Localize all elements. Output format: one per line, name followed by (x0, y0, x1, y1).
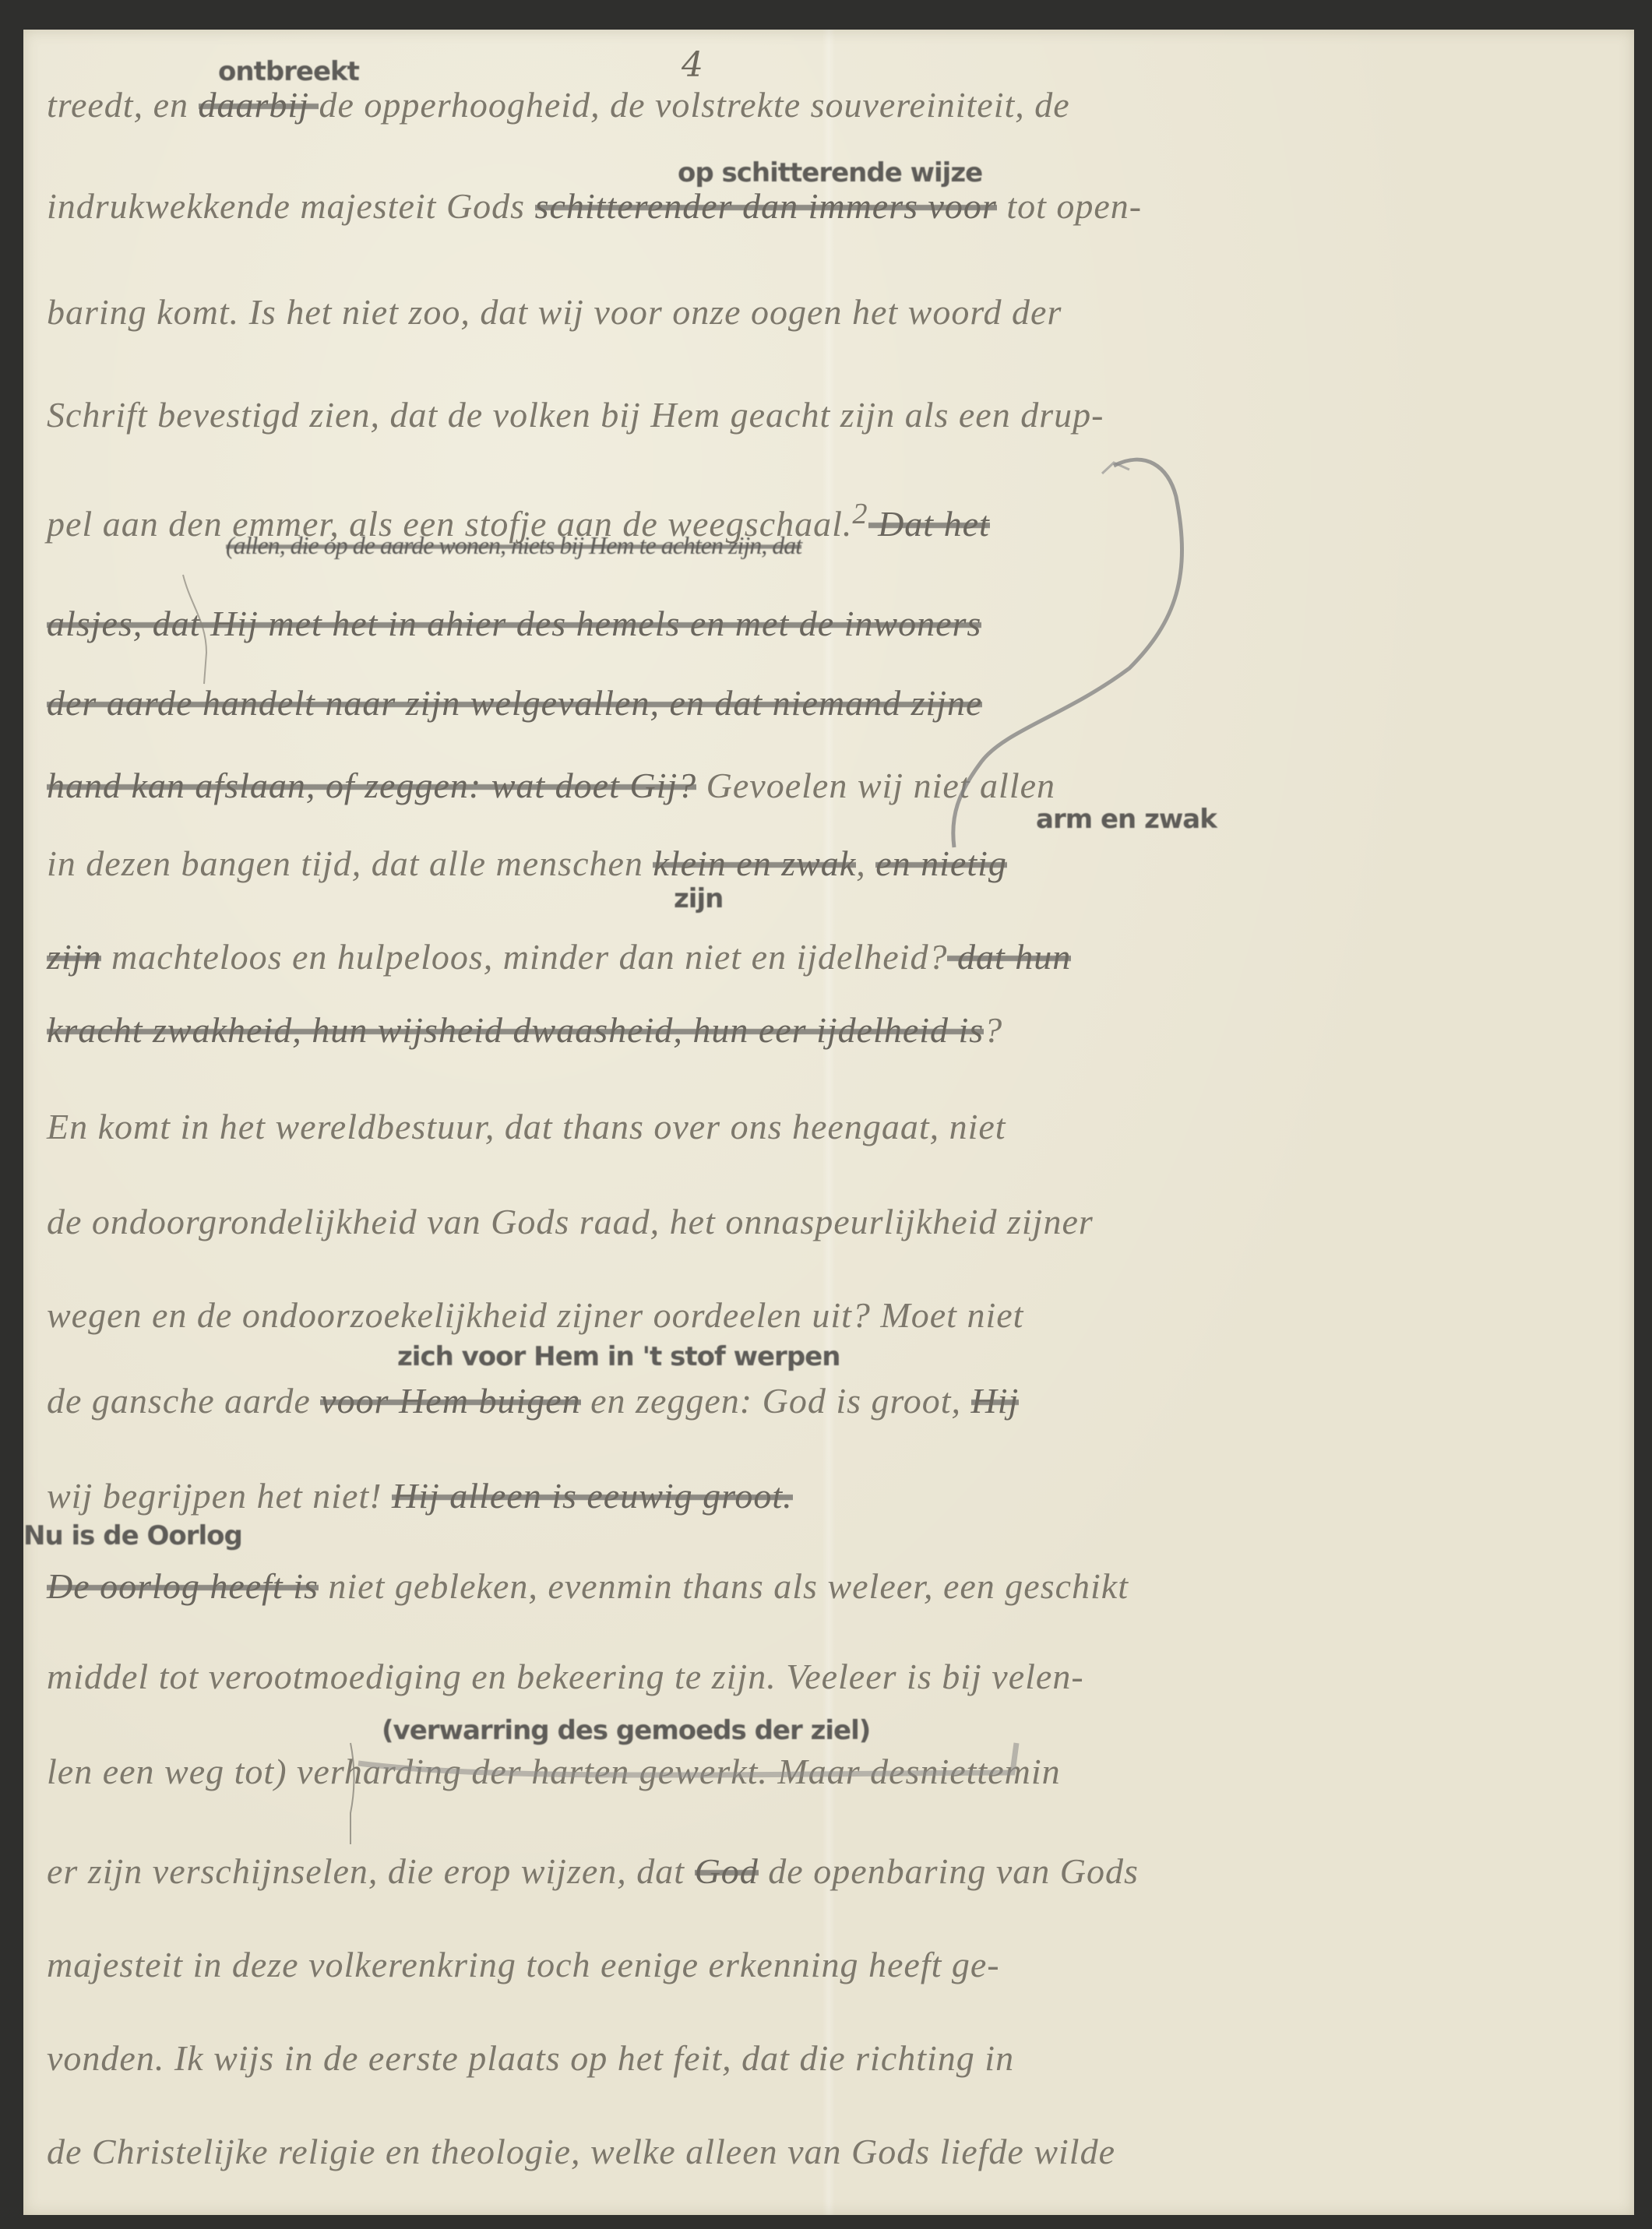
line-text: tot open- (997, 186, 1142, 226)
interlinear-insertion: zijn (674, 883, 723, 914)
line-text: er zijn verschijnselen, die erop wijzen,… (47, 1851, 695, 1891)
line-text: de ondoorgrondelijkheid van Gods raad, h… (47, 1202, 1094, 1241)
line-text: de opperhoogheid, de volstrekte (319, 85, 810, 125)
interlinear-insertion: ontbreekt (218, 56, 359, 87)
line-text: baring komt. Is het niet zoo, dat wij vo… (47, 292, 1062, 332)
line-text: treedt, en (47, 85, 199, 125)
line-text: ? (984, 1010, 1002, 1050)
line-text: middel tot verootmoediging en bekeering … (47, 1657, 1084, 1696)
line-text: machteloos en hulpeloos, minder dan niet… (101, 937, 947, 977)
struck-text: der aarde handelt naar zijn welgevallen,… (47, 683, 982, 723)
manuscript-line: in dezen bangen tijd, dat alle menschen … (47, 843, 1007, 884)
line-text: En komt in het wereldbestuur, dat thans … (47, 1107, 1006, 1146)
line-text: indrukwekkende majesteit Gods (47, 186, 535, 226)
struck-text: voor Hem buigen (320, 1381, 580, 1421)
struck-text: zijn (47, 937, 101, 977)
line-text: de Christelijke religie en theologie, we… (47, 2132, 1115, 2171)
manuscript-line: majesteit in deze volkerenkring toch een… (47, 1944, 1000, 1985)
manuscript-line: kracht zwakheid, hun wijsheid dwaasheid,… (47, 1009, 1002, 1051)
manuscript-line: de ondoorgrondelijkheid van Gods raad, h… (47, 1201, 1094, 1242)
line-text: en zeggen: God is groot, (581, 1381, 971, 1421)
line-text: , de (1015, 85, 1069, 125)
interlinear-insertion: arm en zwak (1036, 804, 1217, 835)
struck-text: en nietig (875, 843, 1007, 883)
line-text: de openbaring van Gods (759, 1851, 1139, 1891)
interlinear-insertion: op schitterende wijze (678, 157, 982, 188)
line-text: wij begrijpen het niet! (47, 1476, 392, 1516)
manuscript-line: wij begrijpen het niet! Hij alleen is ee… (47, 1475, 793, 1516)
manuscript-line: len een weg tot) verharding der harten g… (47, 1751, 1061, 1792)
manuscript-line: Schrift bevestigd zien, dat de volken bi… (47, 394, 1104, 435)
interlinear-insertion: zich voor Hem in 't stof werpen (397, 1341, 840, 1372)
line-text: de gansche aarde (47, 1381, 320, 1421)
manuscript-line: De oorlog heeft is niet gebleken, evenmi… (47, 1565, 1129, 1607)
line-text: Schrift bevestigd zien, dat de volken bi… (47, 395, 1104, 435)
struck-text: hand kan afslaan, of zeggen: wat doet Gi… (47, 766, 696, 805)
struck-text: dat hun (947, 937, 1071, 977)
struck-text: alsjes, dat (47, 604, 210, 643)
line-text: niet gebleken, evenmin thans als weleer,… (319, 1566, 1129, 1606)
manuscript-line: der aarde handelt naar zijn welgevallen,… (47, 682, 982, 724)
interlinear-insertion: (allen, die op de aarde wonen, niets bij… (226, 531, 801, 560)
struck-text: Hij met het in ahier des hemels en met d… (210, 604, 981, 643)
struck-text: schitterender dan immers voor (535, 186, 997, 226)
struck-text: Dat het (868, 504, 990, 544)
manuscript-line: de Christelijke religie en theologie, we… (47, 2131, 1115, 2172)
manuscript-line: middel tot verootmoediging en bekeering … (47, 1656, 1084, 1697)
line-text: , (856, 843, 875, 883)
struck-text: God (695, 1851, 759, 1891)
struck-text: daarbij (199, 85, 319, 125)
line-text: wegen en de ondoorzoekelijkheid zijner o… (47, 1295, 1023, 1335)
manuscript-line: vonden. Ik wijs in de eerste plaats op h… (47, 2037, 1014, 2079)
struck-text: De oorlog heeft is (47, 1566, 319, 1606)
line-text: majesteit in deze volkerenkring toch een… (47, 1945, 1000, 1984)
interlinear-insertion: Nu is de Oorlog (23, 1520, 242, 1551)
line-text: vonden. Ik wijs in de eerste plaats op h… (47, 2038, 1014, 2078)
page-number: 4 (682, 45, 703, 85)
struck-text: kracht zwakheid, hun wijsheid dwaasheid,… (47, 1010, 984, 1050)
line-text: in dezen bangen tijd, dat alle menschen (47, 843, 653, 883)
manuscript-line: treedt, en daarbij de opperhoogheid, de … (47, 84, 1070, 125)
manuscript-line: alsjes, dat Hij met het in ahier des hem… (47, 603, 981, 644)
manuscript-line: indrukwekkende majesteit Gods schitteren… (47, 185, 1142, 227)
line-text: Gevoelen wij niet allen (696, 766, 1055, 805)
line-text: souvereiniteit (811, 85, 1016, 125)
manuscript-line: er zijn verschijnselen, die erop wijzen,… (47, 1850, 1139, 1892)
manuscript-page: 4 treedt, en daarbij de opperhoogheid, d… (23, 30, 1634, 2215)
manuscript-line: wegen en de ondoorzoekelijkheid zijner o… (47, 1294, 1023, 1336)
struck-text: klein en zwak (653, 843, 856, 883)
manuscript-line: hand kan afslaan, of zeggen: wat doet Gi… (47, 765, 1055, 806)
struck-text: Hij (971, 1381, 1020, 1421)
manuscript-line: de gansche aarde voor Hem buigen en zegg… (47, 1380, 1019, 1421)
struck-text: Hij alleen is eeuwig groot. (392, 1476, 793, 1516)
manuscript-line: baring komt. Is het niet zoo, dat wij vo… (47, 291, 1062, 333)
interlinear-insertion: (verwarring des gemoeds der ziel) (382, 1715, 870, 1746)
footnote-marker: 2 (852, 498, 868, 530)
manuscript-line: En komt in het wereldbestuur, dat thans … (47, 1106, 1006, 1147)
line-text: len een weg tot) verharding der harten g… (47, 1752, 1061, 1791)
manuscript-line: zijn machteloos en hulpeloos, minder dan… (47, 936, 1071, 977)
